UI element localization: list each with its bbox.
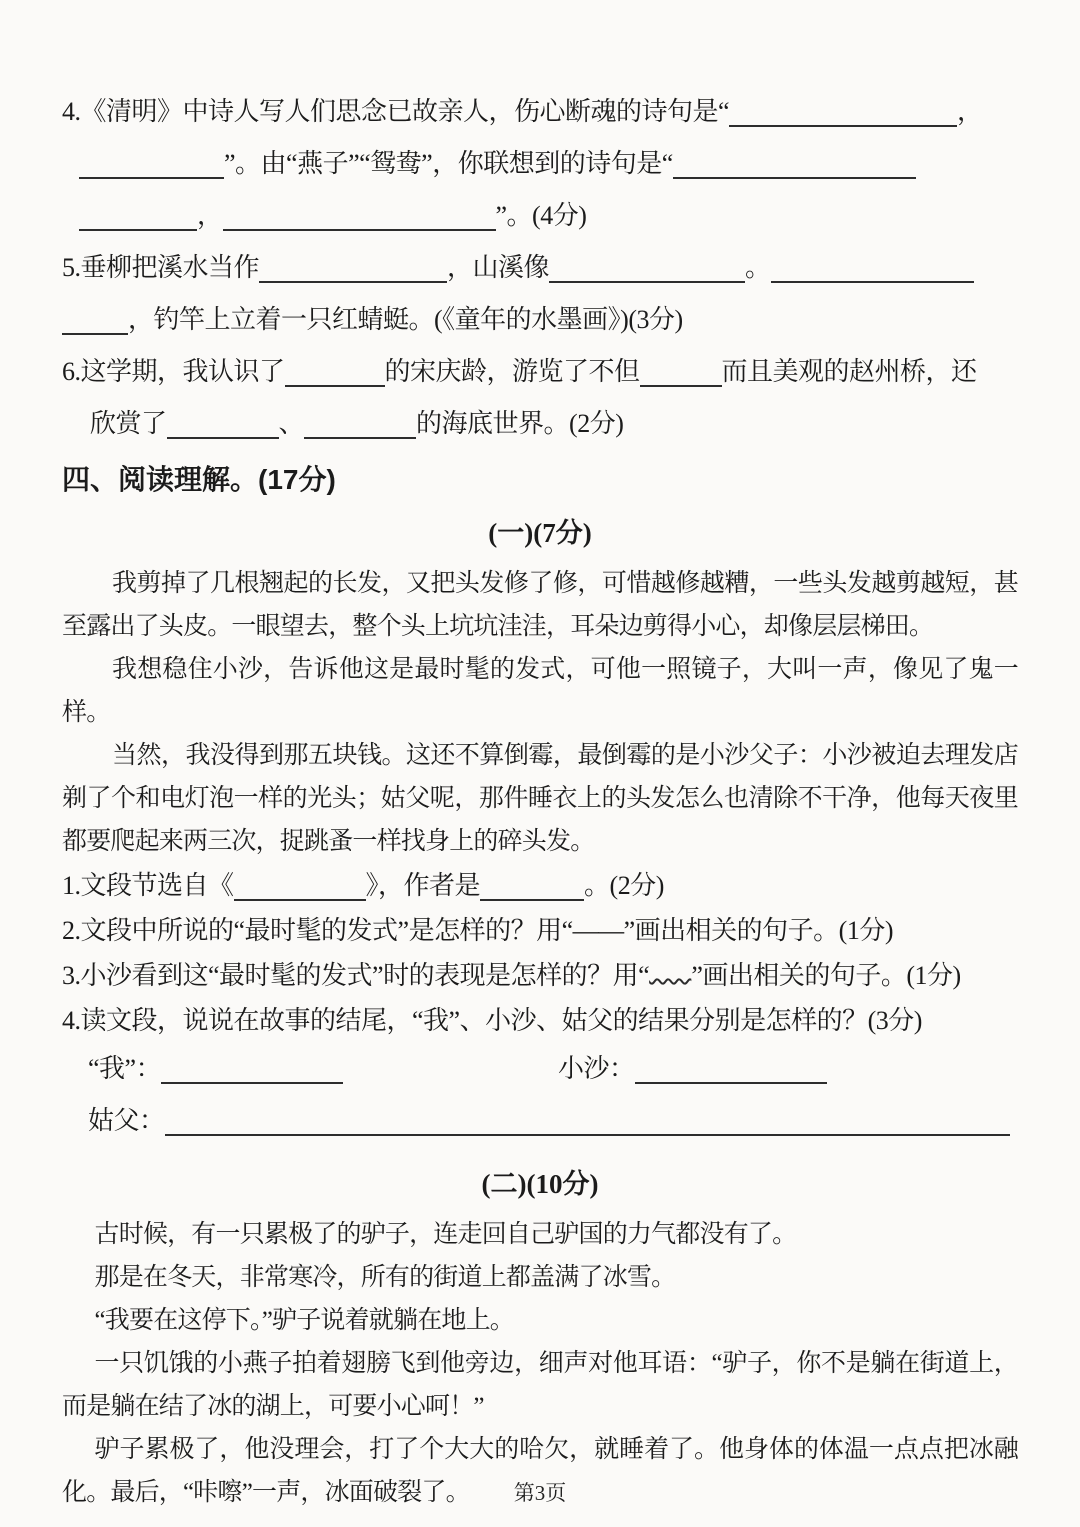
part-2-heading: (二)(10分) [62,1163,1018,1205]
answer-blank [234,899,366,901]
question-5-line-2: ，钓竿上立着一只红蜻蜓。(《童年的水墨画》)(3分) [62,294,1018,346]
answer-blank [285,385,385,387]
question-4: 4.《清明》中诗人写人们思念已故亲人，伤心断魂的诗句是“， ”。由“燕子”“鸳鸯… [62,86,1018,242]
part-1-heading: (一)(7分) [62,512,1018,554]
text-run: ”。(4分) [496,201,587,230]
answer-blank [771,281,974,283]
reading-q1: 1.文段节选自《》，作者是。(2分) [62,863,1018,908]
passage-1-paragraph-3: 当然，我没得到那五块钱。这还不算倒霉，最倒霉的是小沙父子：小沙被迫去理发店剃了个… [62,734,1018,863]
text-run: 2.文段中所说的“最时髦的发式”是怎样的？用“——”画出相关的句子。(1分) [62,916,893,945]
reading-q2: 2.文段中所说的“最时髦的发式”是怎样的？用“——”画出相关的句子。(1分) [62,908,1018,953]
text-run: 》，作者是 [366,871,481,900]
question-4-line-1: 4.《清明》中诗人写人们思念已故亲人，伤心断魂的诗句是“， [62,86,1018,138]
text-run: 而且美观的赵州桥，还 [722,357,977,386]
answer-blank [165,1134,1010,1136]
answer-blank [79,177,224,179]
section-4-heading: 四、阅读理解。(17分) [62,458,1018,502]
passage-2: 古时候，有一只累极了的驴子，连走回自己驴国的力气都没有了。 那是在冬天，非常寒冷… [62,1213,1018,1514]
answer-blank [673,177,916,179]
text-run: 。(2分) [584,871,664,900]
answer-blank [640,385,722,387]
answer-gufu: 姑父： [88,1095,1010,1147]
reading-q3: 3.小沙看到这“最时髦的发式”时的表现是怎样的？用“~~~”画出相关的句子。(1… [62,953,1018,998]
text-run: 5.垂柳把溪水当作 [62,253,259,282]
passage-1-paragraph-2: 我想稳住小沙，告诉他这是最时髦的发式，可他一照镜子，大叫一声，像见了鬼一样。 [62,648,1018,734]
text-run: 小沙： [558,1054,635,1083]
text-run: 、 [279,409,305,438]
text-run: ”画出相关的句子。(1分) [691,961,960,990]
passage-1-questions: 1.文段节选自《》，作者是。(2分) 2.文段中所说的“最时髦的发式”是怎样的？… [62,863,1018,1043]
answer-blank [167,437,279,439]
text-run: 1.文段节选自《 [62,871,234,900]
answer-blank [161,1082,343,1084]
reading-q4: 4.读文段，说说在故事的结尾，“我”、小沙、姑父的结果分别是怎样的？(3分) [62,998,1018,1043]
question-6: 6.这学期，我认识了的宋庆龄，游览了不但而且美观的赵州桥，还 欣赏了、的海底世界… [62,346,1018,450]
text-run: “我”： [88,1054,161,1083]
text-run: 3.小沙看到这“最时髦的发式”时的表现是怎样的？用“ [62,961,649,990]
passage-1-paragraph-1: 我剪掉了几根翘起的长发，又把头发修了修，可惜越修越糟，一些头发越剪越短，甚至露出… [62,562,1018,648]
wavy-line-mark: ~~~ [649,961,691,990]
text-run: ， [197,201,223,230]
answer-blank [304,437,416,439]
answer-xiaosha: 小沙： [558,1043,827,1095]
answer-blank [62,333,128,335]
text-run: ”。由“燕子”“鸳鸯”，你联想到的诗句是“ [224,149,673,178]
passage-2-paragraph-1: 古时候，有一只累极了的驴子，连走回自己驴国的力气都没有了。 [62,1213,1018,1256]
answer-blank [480,899,584,901]
passage-2-paragraph-3: “我要在这停下。”驴子说着就躺在地上。 [62,1299,1018,1342]
answer-blank [259,281,447,283]
text-run: 欣赏了 [90,409,167,438]
exam-page: 4.《清明》中诗人写人们思念已故亲人，伤心断魂的诗句是“， ”。由“燕子”“鸳鸯… [0,0,1080,1527]
question-5: 5.垂柳把溪水当作，山溪像。 ，钓竿上立着一只红蜻蜓。(《童年的水墨画》)(3分… [62,242,1018,346]
passage-1: 我剪掉了几根翘起的长发，又把头发修了修，可惜越修越糟，一些头发越剪越短，甚至露出… [62,562,1018,863]
question-4-line-2: ”。由“燕子”“鸳鸯”，你联想到的诗句是“ [62,138,1018,190]
text-run: 4.《清明》中诗人写人们思念已故亲人，伤心断魂的诗句是“ [62,97,729,126]
answer-blank [635,1082,827,1084]
page-footer: 第3页 [0,1477,1080,1507]
answer-blank [729,125,957,127]
text-run: 。 [745,253,771,282]
passage-2-paragraph-4: 一只饥饿的小燕子拍着翅膀飞到他旁边，细声对他耳语：“驴子，你不是躺在街道上，而是… [62,1342,1018,1428]
text-run: ，钓竿上立着一只红蜻蜓。(《童年的水墨画》)(3分) [128,305,683,334]
passage-2-paragraph-2: 那是在冬天，非常寒冷，所有的街道上都盖满了冰雪。 [62,1256,1018,1299]
text-run: 的海底世界。(2分) [416,409,623,438]
answer-wo: “我”： [88,1043,558,1095]
text-run: 姑父： [88,1106,165,1135]
question-6-line-2: 欣赏了、的海底世界。(2分) [62,398,1018,450]
text-run: ，山溪像 [447,253,549,282]
question-5-line-1: 5.垂柳把溪水当作，山溪像。 [62,242,1018,294]
answer-blank [79,229,197,231]
text-run: 的宋庆龄，游览了不但 [385,357,640,386]
question-6-line-1: 6.这学期，我认识了的宋庆龄，游览了不但而且美观的赵州桥，还 [62,346,1018,398]
question-4-line-3: ，”。(4分) [62,190,1018,242]
answer-blank [223,229,496,231]
fill-in-section: 4.《清明》中诗人写人们思念已故亲人，伤心断魂的诗句是“， ”。由“燕子”“鸳鸯… [62,86,1018,450]
answers-row-1: “我”： 小沙： [62,1043,1018,1095]
text-run: 4.读文段，说说在故事的结尾，“我”、小沙、姑父的结果分别是怎样的？(3分) [62,1006,922,1035]
answers-row-2: 姑父： [62,1095,1018,1147]
answer-blank [549,281,745,283]
text-run: ， [957,97,983,126]
text-run: 6.这学期，我认识了 [62,357,285,386]
